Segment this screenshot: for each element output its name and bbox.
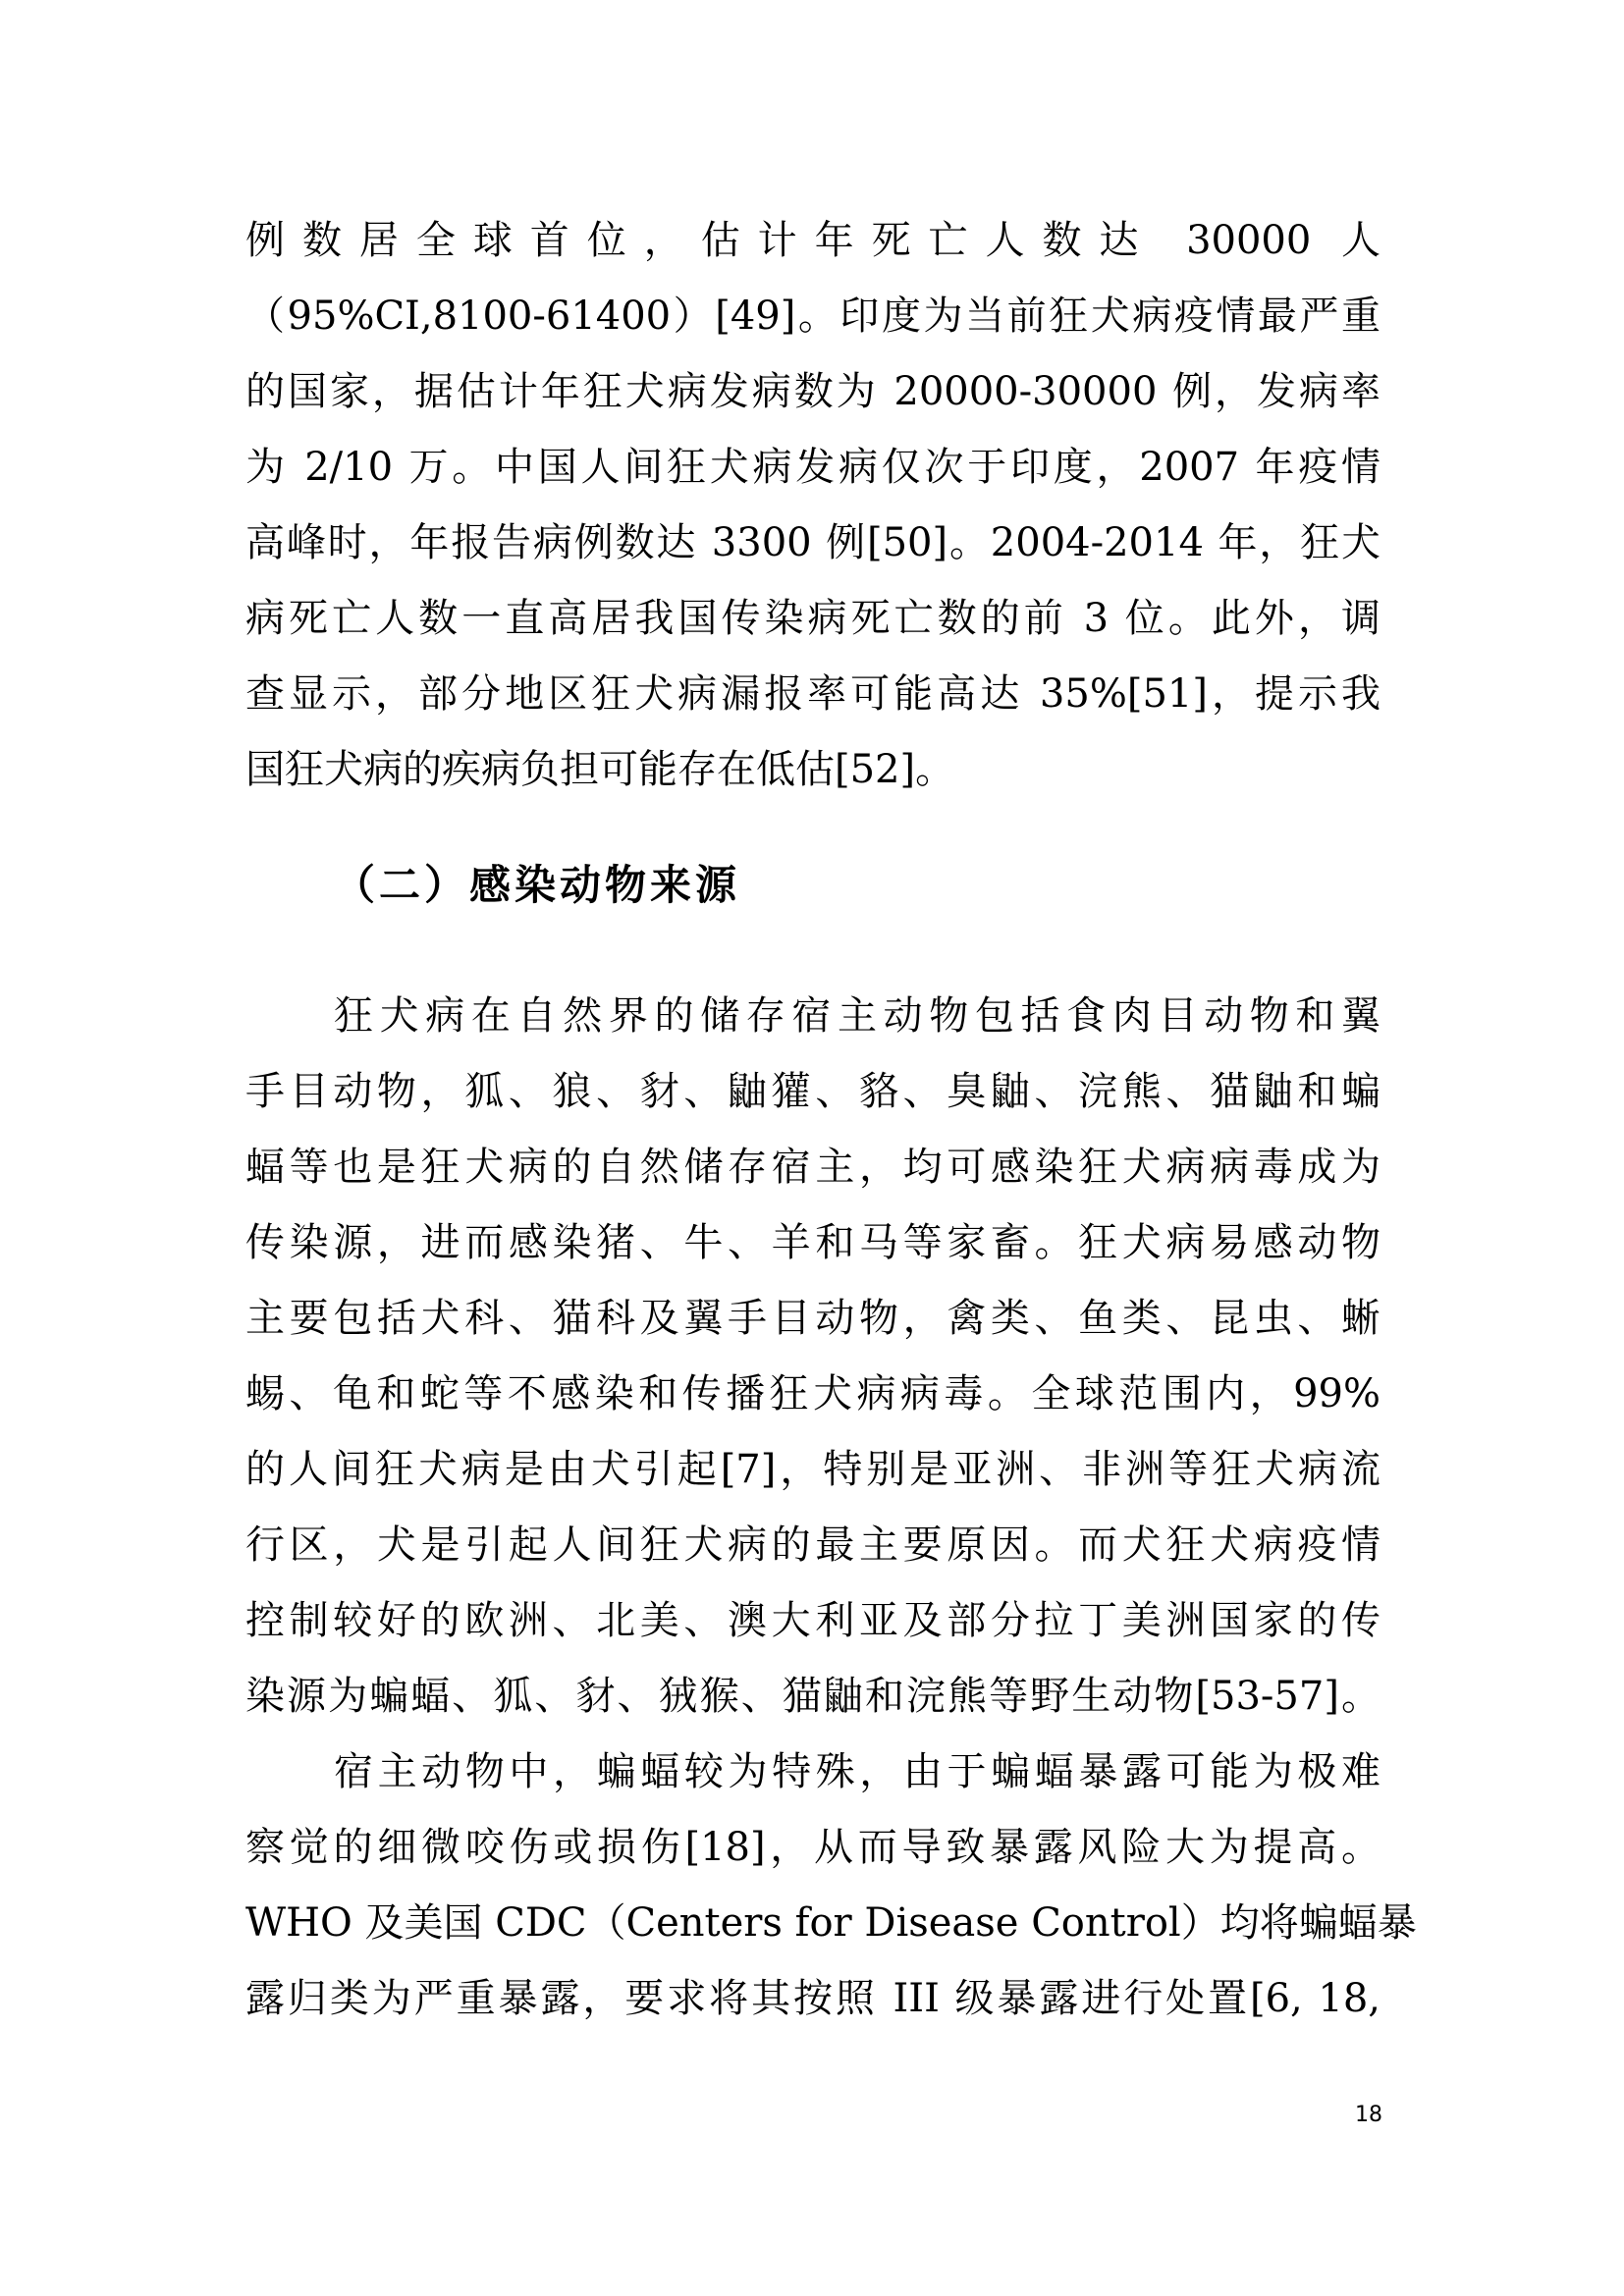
text-line: 控制较好的欧洲、北美、澳大利亚及部分拉丁美洲国家的传 [245,1591,1380,1650]
document-page: 例数居全球首位，估计年死亡人数达 30000 人 （95%CI,8100-614… [0,0,1624,2296]
text-line: 的人间狂犬病是由犬引起[7]，特别是亚洲、非洲等狂犬病流 [245,1440,1380,1499]
text-line: 手目动物，狐、狼、豺、鼬獾、貉、臭鼬、浣熊、猫鼬和蝙 [245,1062,1380,1121]
page-number: 18 [1355,2103,1382,2127]
text-line: 主要包括犬科、猫科及翼手目动物，禽类、鱼类、昆虫、蜥 [245,1289,1380,1348]
text-line: 染源为蝙蝠、狐、豺、狨猴、猫鼬和浣熊等野生动物[53-57]。 [245,1667,1380,1726]
text-line: 宿主动物中，蝙蝠较为特殊，由于蝙蝠暴露可能为极难 [334,1742,1380,1801]
text-line: 为 2/10 万。中国人间狂犬病发病仅次于印度，2007 年疫情 [245,438,1380,497]
text-line: 例数居全球首位，估计年死亡人数达 30000 人 [245,211,1380,270]
text-line: WHO 及美国 CDC（Centers for Disease Control）… [245,1894,1380,1952]
text-line: 传染源，进而感染猪、牛、羊和马等家畜。狂犬病易感动物 [245,1213,1380,1272]
text-line: 的国家，据估计年狂犬病发病数为 20000-30000 例，发病率 [245,362,1380,421]
text-line: 察觉的细微咬伤或损伤[18]，从而导致暴露风险大为提高。 [245,1818,1380,1877]
text-line: 狂犬病在自然界的储存宿主动物包括食肉目动物和翼 [334,987,1380,1045]
text-line: 蜴、龟和蛇等不感染和传播狂犬病病毒。全球范围内，99% [245,1364,1380,1423]
text-line: 高峰时，年报告病例数达 3300 例[50]。2004-2014 年，狂犬 [245,513,1380,572]
text-line: 病死亡人数一直高居我国传染病死亡数的前 3 位。此外，调 [245,589,1380,648]
text-line: 国狂犬病的疾病负担可能存在低估[52]。 [245,740,1380,799]
text-line: 蝠等也是狂犬病的自然储存宿主，均可感染狂犬病病毒成为 [245,1138,1380,1197]
section-heading: （二）感染动物来源 [334,856,740,915]
text-line: 行区，犬是引起人间狂犬病的最主要原因。而犬狂犬病疫情 [245,1516,1380,1575]
text-line: 露归类为严重暴露，要求将其按照 III 级暴露进行处置[6, 18, [245,1969,1380,2028]
text-line: 查显示，部分地区狂犬病漏报率可能高达 35%[51]，提示我 [245,665,1380,723]
text-line: （95%CI,8100-61400）[49]。印度为当前狂犬病疫情最严重 [245,287,1380,346]
